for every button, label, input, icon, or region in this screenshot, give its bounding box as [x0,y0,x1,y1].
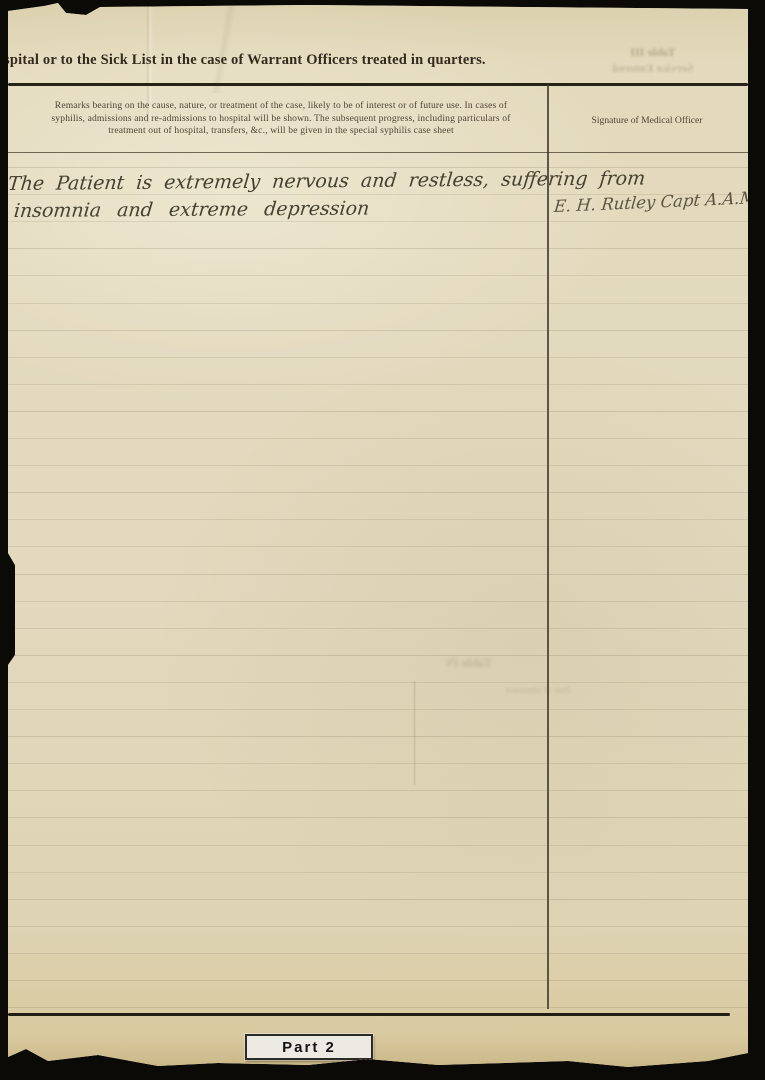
ruled-line [8,546,748,547]
bleed-through-text: Date of admission [478,685,598,696]
bleed-through-text: Table III [560,45,746,60]
ruled-line [8,926,748,927]
ruled-line [8,221,748,222]
header-bottom-rule [8,152,748,153]
heavy-rule-top [8,83,748,86]
part-2-label-text: Part 2 [282,1039,336,1056]
ruled-line [8,736,748,737]
ruled-line [8,330,748,331]
remarks-header-line: treatment out of hospital, transfers, &c… [108,125,454,136]
ruled-line [8,845,748,846]
remarks-column-header: Remarks bearing on the cause, nature, or… [26,100,536,138]
medical-officer-signature: E. H. Rutley Capt A.A.M.C. [553,187,748,216]
ruled-line [8,384,748,385]
ruled-line [8,872,748,873]
heavy-rule-bottom [8,1013,730,1016]
ruled-line [8,709,748,710]
ruled-line [8,980,748,981]
handwritten-remarks-line-2: insomnia and extreme depression [13,198,370,222]
ruled-line [8,655,748,656]
ruled-line [8,817,748,818]
ruled-line [8,601,748,602]
ruled-line [8,682,748,683]
ruled-line [8,899,748,900]
remarks-header-line: syphilis, admissions and re-admissions t… [51,113,510,124]
remarks-header-line: Remarks bearing on the cause, nature, or… [55,100,507,111]
part-2-label: Part 2 [245,1034,373,1060]
ruled-line [8,357,748,358]
ruled-line [8,492,748,493]
ruled-line [8,1007,748,1008]
ruled-line [8,465,748,466]
ruled-line [8,275,748,276]
bleed-through-text: Table IV [338,655,598,671]
signature-column-header: Signature of Medical Officer [548,115,746,126]
ruled-line [8,519,748,520]
ruled-line [8,763,748,764]
ruled-line [8,411,748,412]
ruled-line [8,953,748,954]
ruled-line [8,628,748,629]
scanned-document: Table III Service Entered Table IV Date … [0,0,765,1080]
ruled-line [8,790,748,791]
ruled-line [8,303,748,304]
paper-sheet: Table III Service Entered Table IV Date … [8,3,748,1067]
page-caption: spital or to the Sick List in the case o… [8,52,486,69]
ruled-line [8,248,748,249]
handwritten-remarks-line-1: The Patient is extremely nervous and res… [8,167,646,195]
bleed-through-line [414,681,415,785]
bleed-through-text: Service Entered [568,61,738,76]
ruled-line [8,438,748,439]
ruled-line [8,574,748,575]
